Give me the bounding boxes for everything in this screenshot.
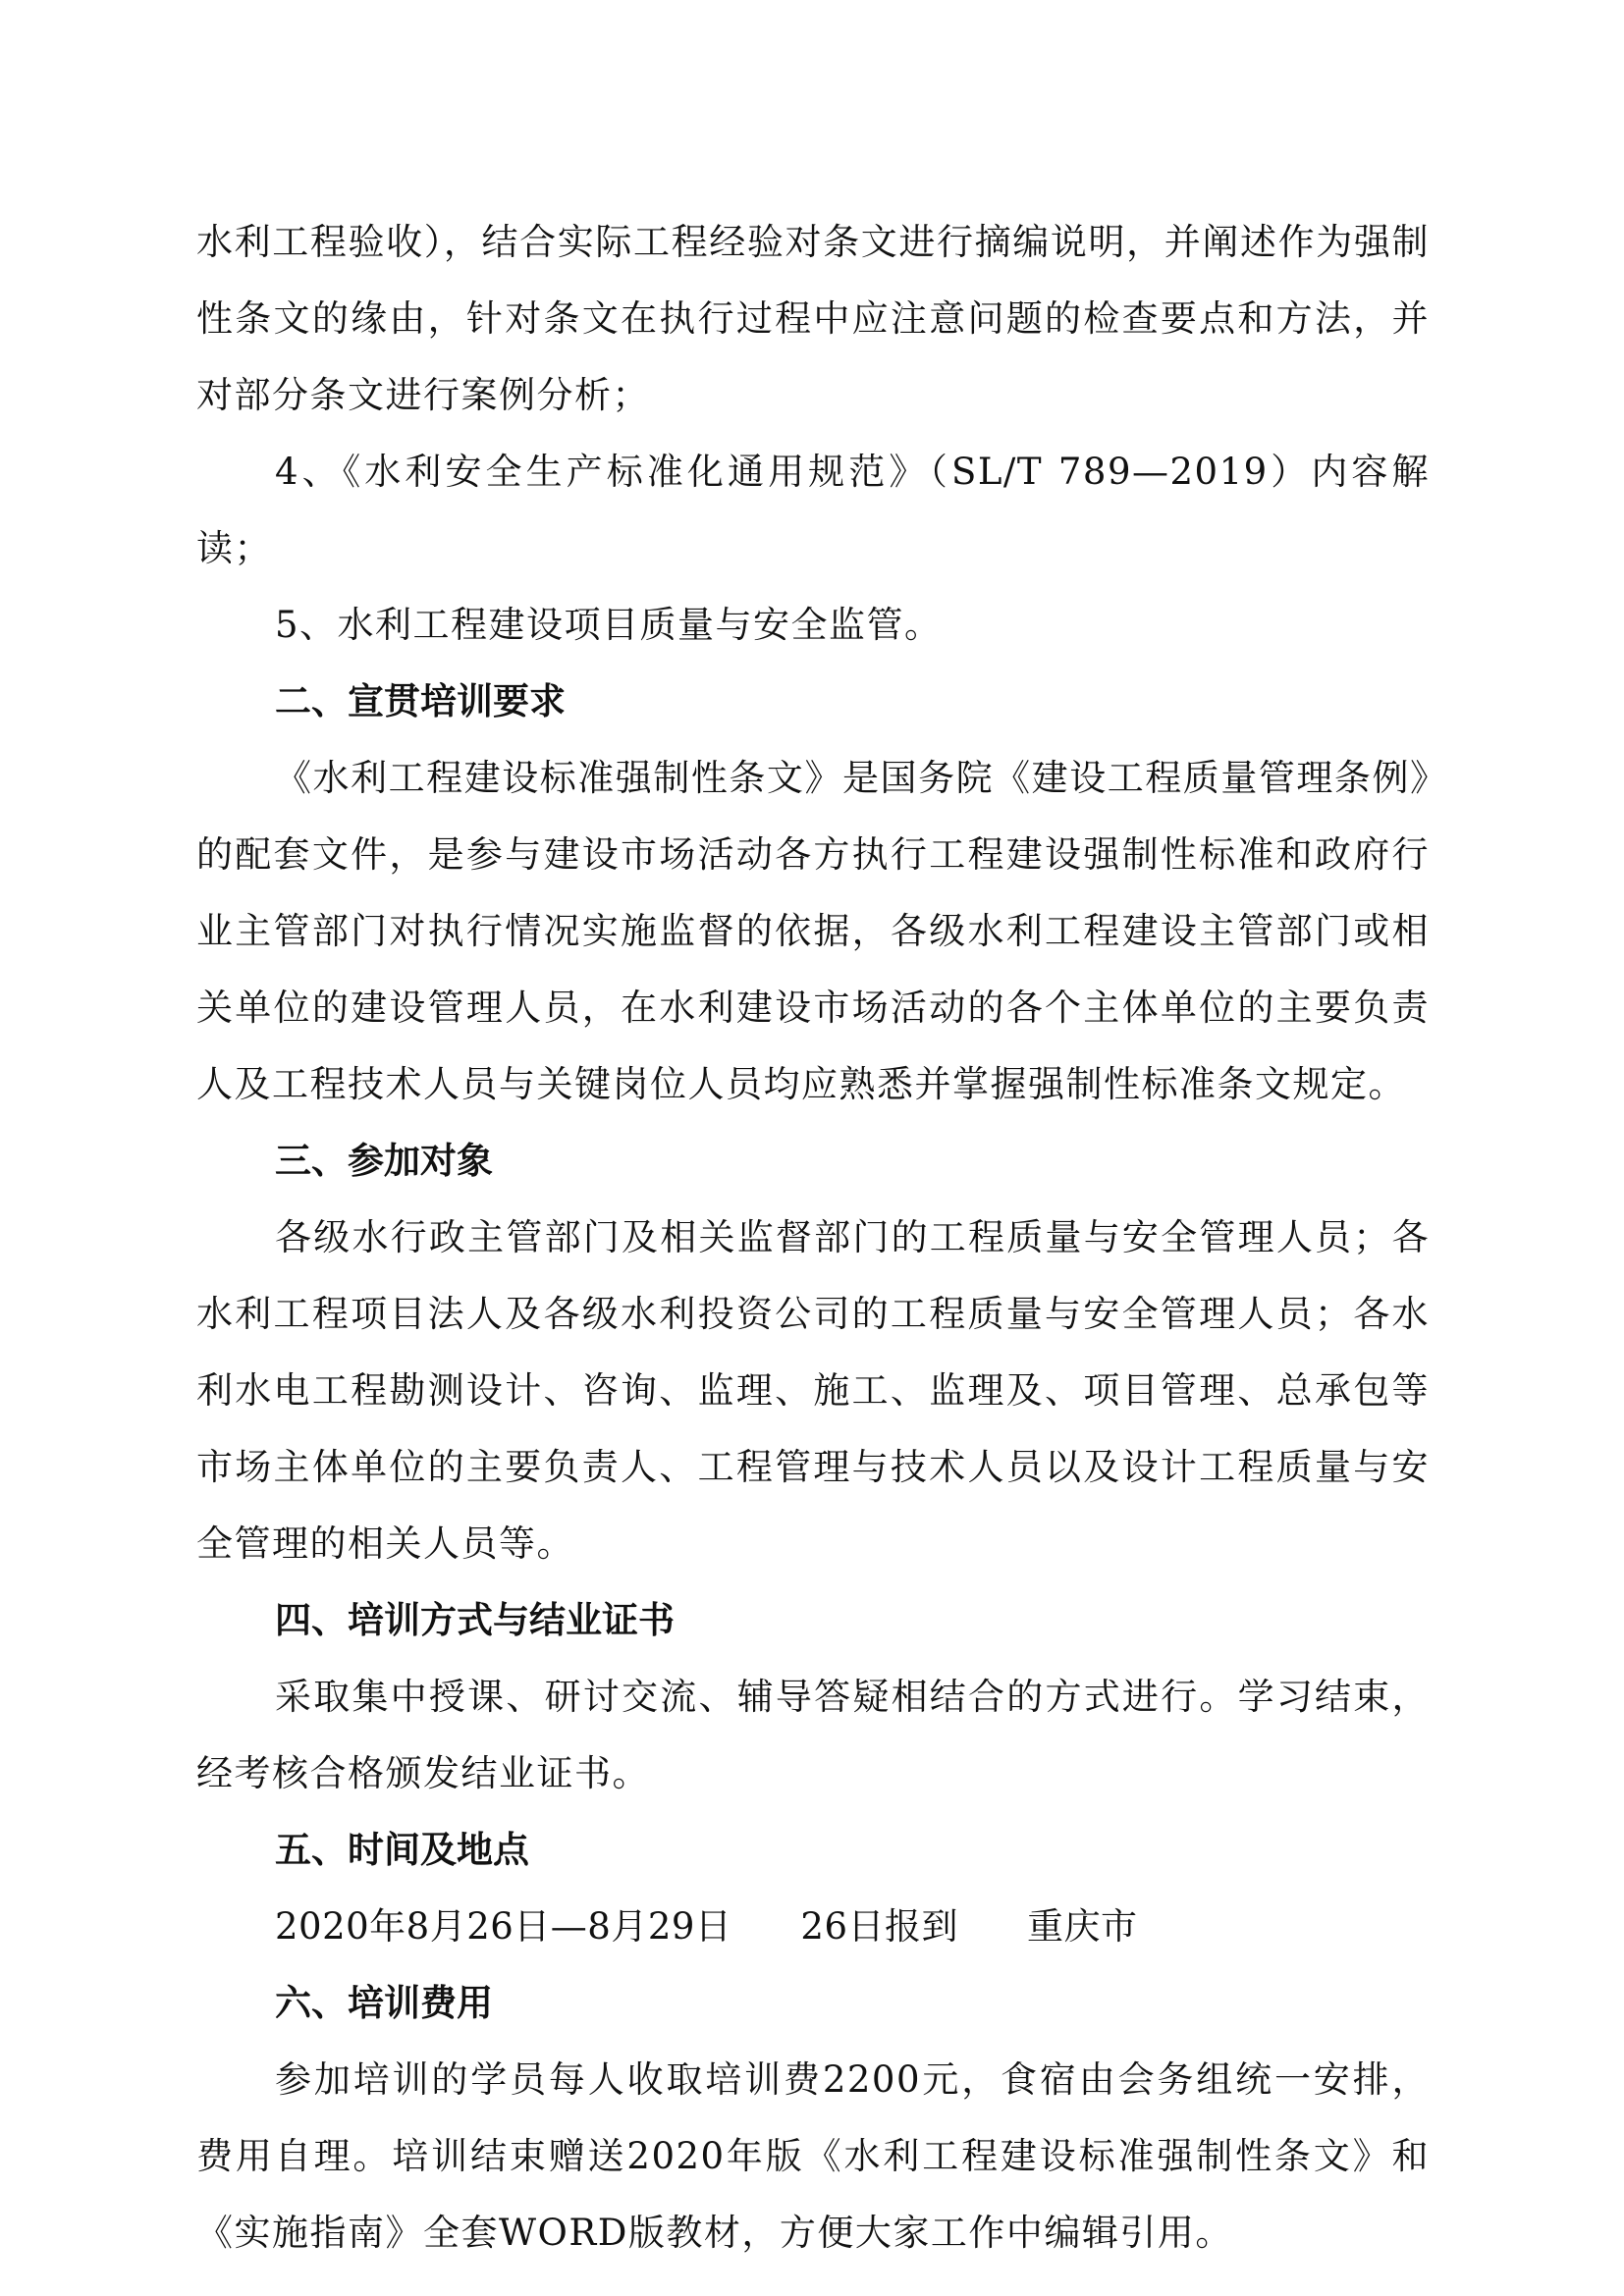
section-heading-method-certificate: 四、培训方式与结业证书 [196, 1582, 1430, 1659]
section-body-participants: 各级水行政主管部门及相关监督部门的工程质量与安全管理人员；各水利工程项目法人及各… [196, 1200, 1430, 1582]
section-heading-requirements: 二、宣贯培训要求 [196, 664, 1430, 740]
schedule-location: 重庆市 [1027, 1889, 1138, 1965]
list-item-5: 5、水利工程建设项目质量与安全监管。 [196, 587, 1430, 664]
section-body-requirements: 《水利工程建设标准强制性条文》是国务院《建设工程质量管理条例》的配套文件，是参与… [196, 740, 1430, 1123]
section-heading-participants: 三、参加对象 [196, 1123, 1430, 1200]
section-heading-time-location: 五、时间及地点 [196, 1812, 1430, 1889]
schedule-line: 2020年8月26日—8月29日26日报到重庆市 [196, 1889, 1430, 1965]
intro-continuation-paragraph: 水利工程验收），结合实际工程经验对条文进行摘编说明，并阐述作为强制性条文的缘由，… [196, 204, 1430, 434]
list-item-4: 4、《水利安全生产标准化通用规范》（SL/T 789—2019）内容解读； [196, 434, 1430, 587]
schedule-registration: 26日报到 [800, 1889, 958, 1965]
section-body-method-certificate: 采取集中授课、研讨交流、辅导答疑相结合的方式进行。学习结束，经考核合格颁发结业证… [196, 1659, 1430, 1812]
schedule-dates: 2020年8月26日—8月29日 [275, 1889, 731, 1965]
section-body-fees: 参加培训的学员每人收取培训费2200元，食宿由会务组统一安排，费用自理。培训结束… [196, 2042, 1430, 2271]
document-page: 水利工程验收），结合实际工程经验对条文进行摘编说明，并阐述作为强制性条文的缘由，… [196, 204, 1430, 2271]
section-heading-fees: 六、培训费用 [196, 1965, 1430, 2042]
